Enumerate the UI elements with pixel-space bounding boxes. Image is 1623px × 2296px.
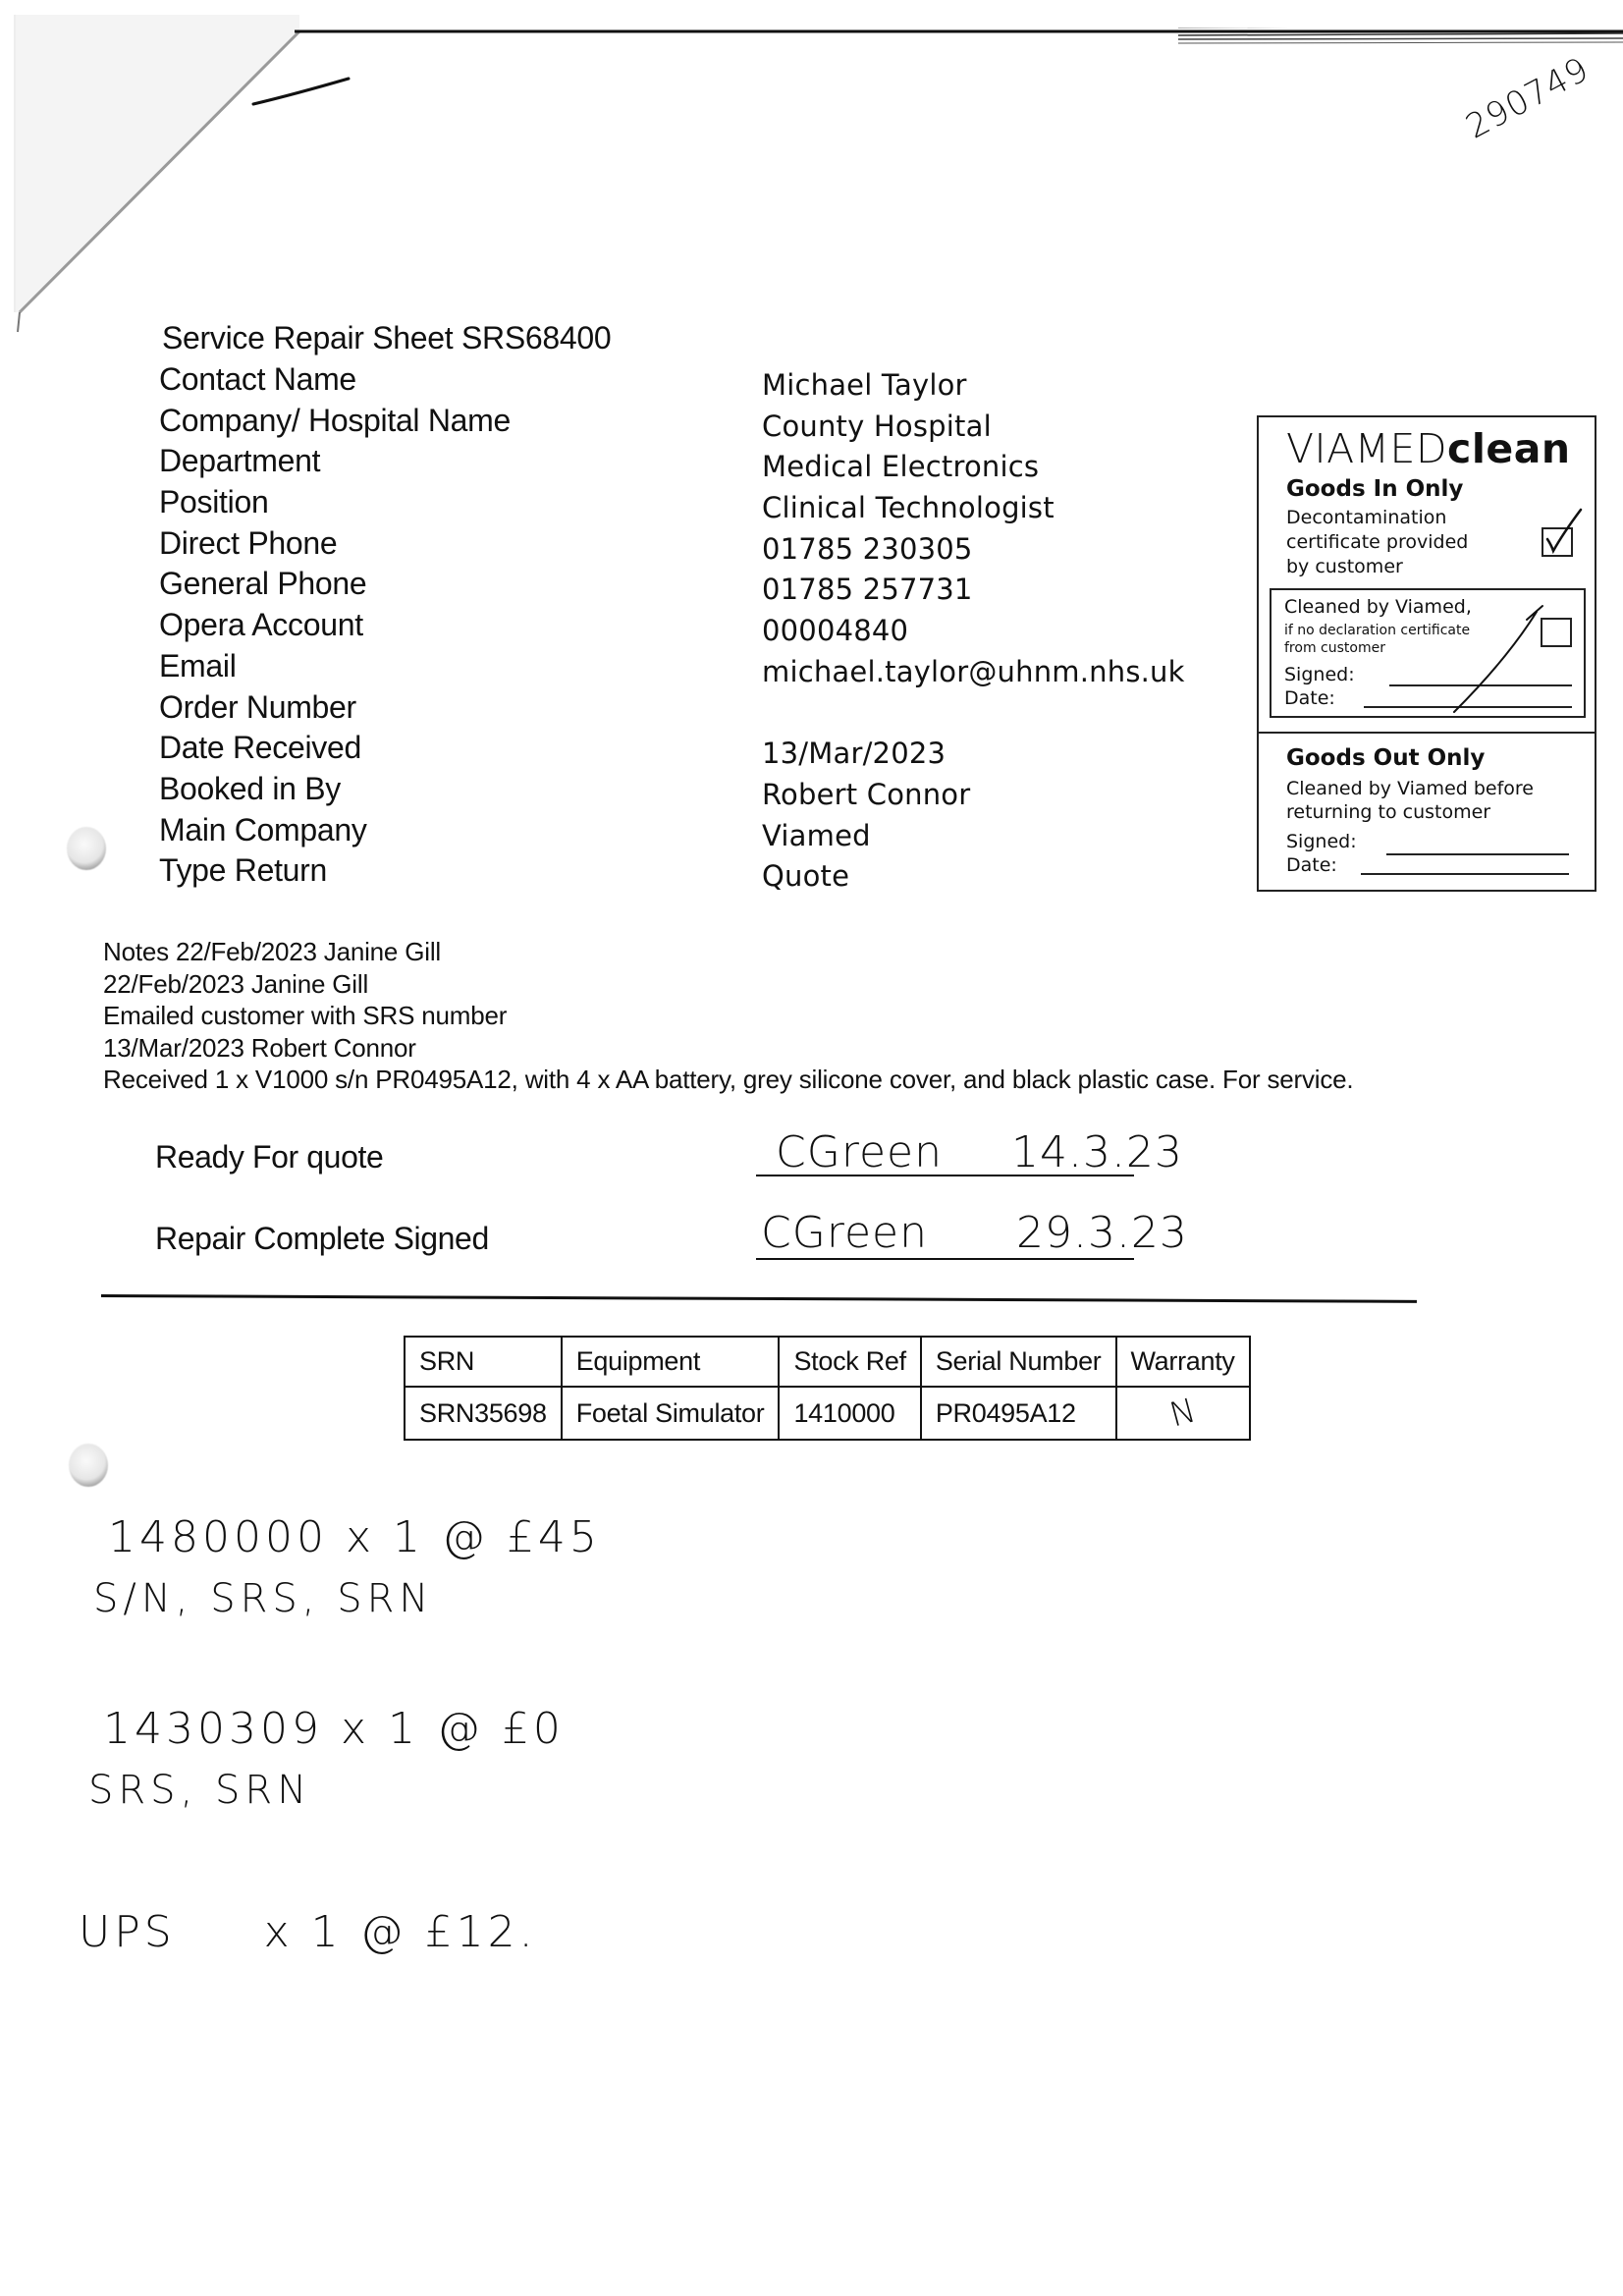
field-label: Contact Name	[159, 359, 511, 401]
ready-for-quote-underline	[756, 1175, 1134, 1176]
strike-through-mark	[1448, 600, 1556, 718]
date-label: Date:	[1286, 853, 1357, 877]
field-label: Booked in By	[159, 769, 511, 810]
header-srn: SRN	[405, 1337, 562, 1387]
brand-bold: clean	[1447, 425, 1571, 472]
signature-date: 14.3.23	[1011, 1127, 1183, 1177]
goods-out-divider	[1259, 732, 1595, 734]
field-labels: Contact NameCompany/ Hospital NameDepart…	[159, 359, 511, 892]
cleaned-title: Cleaned by Viamed,	[1284, 596, 1472, 618]
cleaned-subtitle: if no declaration certificate from custo…	[1284, 622, 1470, 657]
notes-section: Notes 22/Feb/2023 Janine Gill 22/Feb/202…	[103, 936, 1353, 1096]
paper-edge-artifact	[295, 27, 1623, 47]
header-serial-number: Serial Number	[921, 1337, 1116, 1387]
header-stock-ref: Stock Ref	[779, 1337, 920, 1387]
cleaned-sign-date: Signed: Date:	[1284, 663, 1355, 710]
note-line: 13/Mar/2023 Robert Connor	[103, 1032, 1353, 1065]
repair-complete-signature: CGreen 29.3.23	[761, 1208, 1188, 1258]
desc-line: certificate provided	[1286, 530, 1468, 555]
handwritten-item-refs: S/N, SRS, SRN	[93, 1576, 433, 1621]
field-values: Michael TaylorCounty HospitalMedical Ele…	[762, 365, 1185, 898]
brand-thin: VIAMED	[1286, 425, 1447, 472]
note-line: Notes 22/Feb/2023 Janine Gill	[103, 936, 1353, 968]
table-row: SRN35698 Foetal Simulator 1410000 PR0495…	[405, 1387, 1250, 1440]
field-value: Michael Taylor	[762, 365, 1185, 407]
field-label: Opera Account	[159, 605, 511, 646]
field-value: 13/Mar/2023	[762, 734, 1185, 775]
subtitle-line: from customer	[1284, 639, 1470, 657]
field-value: Robert Connor	[762, 775, 1185, 816]
signature-name: CGreen	[776, 1127, 943, 1177]
cell-warranty: N	[1116, 1387, 1250, 1440]
header-equipment: Equipment	[562, 1337, 780, 1387]
table-header-row: SRN Equipment Stock Ref Serial Number Wa…	[405, 1337, 1250, 1387]
folded-corner-artifact	[0, 0, 1623, 334]
cleaned-by-viamed-box: Cleaned by Viamed, if no declaration cer…	[1270, 588, 1586, 718]
ready-for-quote-signature: CGreen 14.3.23	[776, 1127, 1183, 1177]
field-label: General Phone	[159, 564, 511, 605]
note-line: Received 1 x V1000 s/n PR0495A12, with 4…	[103, 1064, 1353, 1096]
note-line: Emailed customer with SRS number	[103, 1000, 1353, 1032]
goods-out-heading: Goods Out Only	[1286, 745, 1485, 771]
signed-label: Signed:	[1286, 830, 1357, 853]
subtitle-line: if no declaration certificate	[1284, 622, 1470, 639]
document-title: Service Repair Sheet SRS68400	[162, 320, 611, 356]
repair-complete-label: Repair Complete Signed	[155, 1221, 489, 1257]
desc-line: Cleaned by Viamed before	[1286, 777, 1534, 800]
hole-punch-mark	[67, 827, 106, 870]
date-label: Date:	[1284, 686, 1355, 710]
note-line: 22/Feb/2023 Janine Gill	[103, 968, 1353, 1001]
signature-date: 29.3.23	[1016, 1208, 1188, 1258]
signed-label: Signed:	[1284, 663, 1355, 686]
ready-for-quote-label: Ready For quote	[155, 1139, 383, 1175]
repair-complete-underline	[756, 1258, 1134, 1260]
handwritten-item-line: UPS x 1 @ £12.	[79, 1907, 537, 1957]
viamed-clean-logo: VIAMEDclean	[1286, 425, 1571, 472]
cell-srn: SRN35698	[405, 1387, 562, 1440]
desc-line: returning to customer	[1286, 800, 1534, 824]
field-label: Order Number	[159, 687, 511, 729]
goods-out-signed-line	[1386, 853, 1569, 855]
field-value: Clinical Technologist	[762, 488, 1185, 529]
handwritten-item-refs: SRS, SRN	[88, 1768, 311, 1813]
section-divider	[101, 1294, 1417, 1303]
field-value: 00004840	[762, 611, 1185, 652]
viamed-clean-stamp: VIAMEDclean Goods In Only Decontaminatio…	[1257, 415, 1596, 892]
field-label: Department	[159, 441, 511, 482]
desc-line: by customer	[1286, 555, 1468, 579]
handwritten-item-line: 1430309 x 1 @ £0	[103, 1704, 565, 1754]
field-value: County Hospital	[762, 407, 1185, 448]
cell-equipment: Foetal Simulator	[562, 1387, 780, 1440]
cell-serial-number: PR0495A12	[921, 1387, 1116, 1440]
field-label: Email	[159, 646, 511, 687]
field-value: Medical Electronics	[762, 447, 1185, 488]
field-value: 01785 230305	[762, 529, 1185, 571]
field-value: Quote	[762, 856, 1185, 898]
field-label: Company/ Hospital Name	[159, 401, 511, 442]
goods-out-sign-date: Signed: Date:	[1286, 830, 1357, 877]
cell-stock-ref: 1410000	[779, 1387, 920, 1440]
field-label: Main Company	[159, 810, 511, 851]
checkmark-icon	[1538, 504, 1587, 559]
hole-punch-mark	[69, 1444, 108, 1487]
handwritten-reference-number: 290749	[1460, 49, 1596, 146]
field-label: Date Received	[159, 728, 511, 769]
field-value: Viamed	[762, 816, 1185, 857]
field-value: 01785 257731	[762, 570, 1185, 611]
goods-in-heading: Goods In Only	[1286, 476, 1463, 502]
goods-in-description: Decontamination certificate provided by …	[1286, 506, 1468, 579]
field-value	[762, 693, 1185, 735]
equipment-table: SRN Equipment Stock Ref Serial Number Wa…	[404, 1336, 1251, 1441]
field-label: Direct Phone	[159, 523, 511, 565]
goods-out-description: Cleaned by Viamed before returning to cu…	[1286, 777, 1534, 824]
field-label: Position	[159, 482, 511, 523]
field-label: Type Return	[159, 850, 511, 892]
goods-out-date-line	[1361, 873, 1569, 875]
signature-name: CGreen	[761, 1208, 928, 1258]
handwritten-item-line: 1480000 x 1 @ £45	[108, 1512, 601, 1562]
desc-line: Decontamination	[1286, 506, 1468, 530]
field-value: michael.taylor@uhnm.nhs.uk	[762, 652, 1185, 693]
header-warranty: Warranty	[1116, 1337, 1250, 1387]
